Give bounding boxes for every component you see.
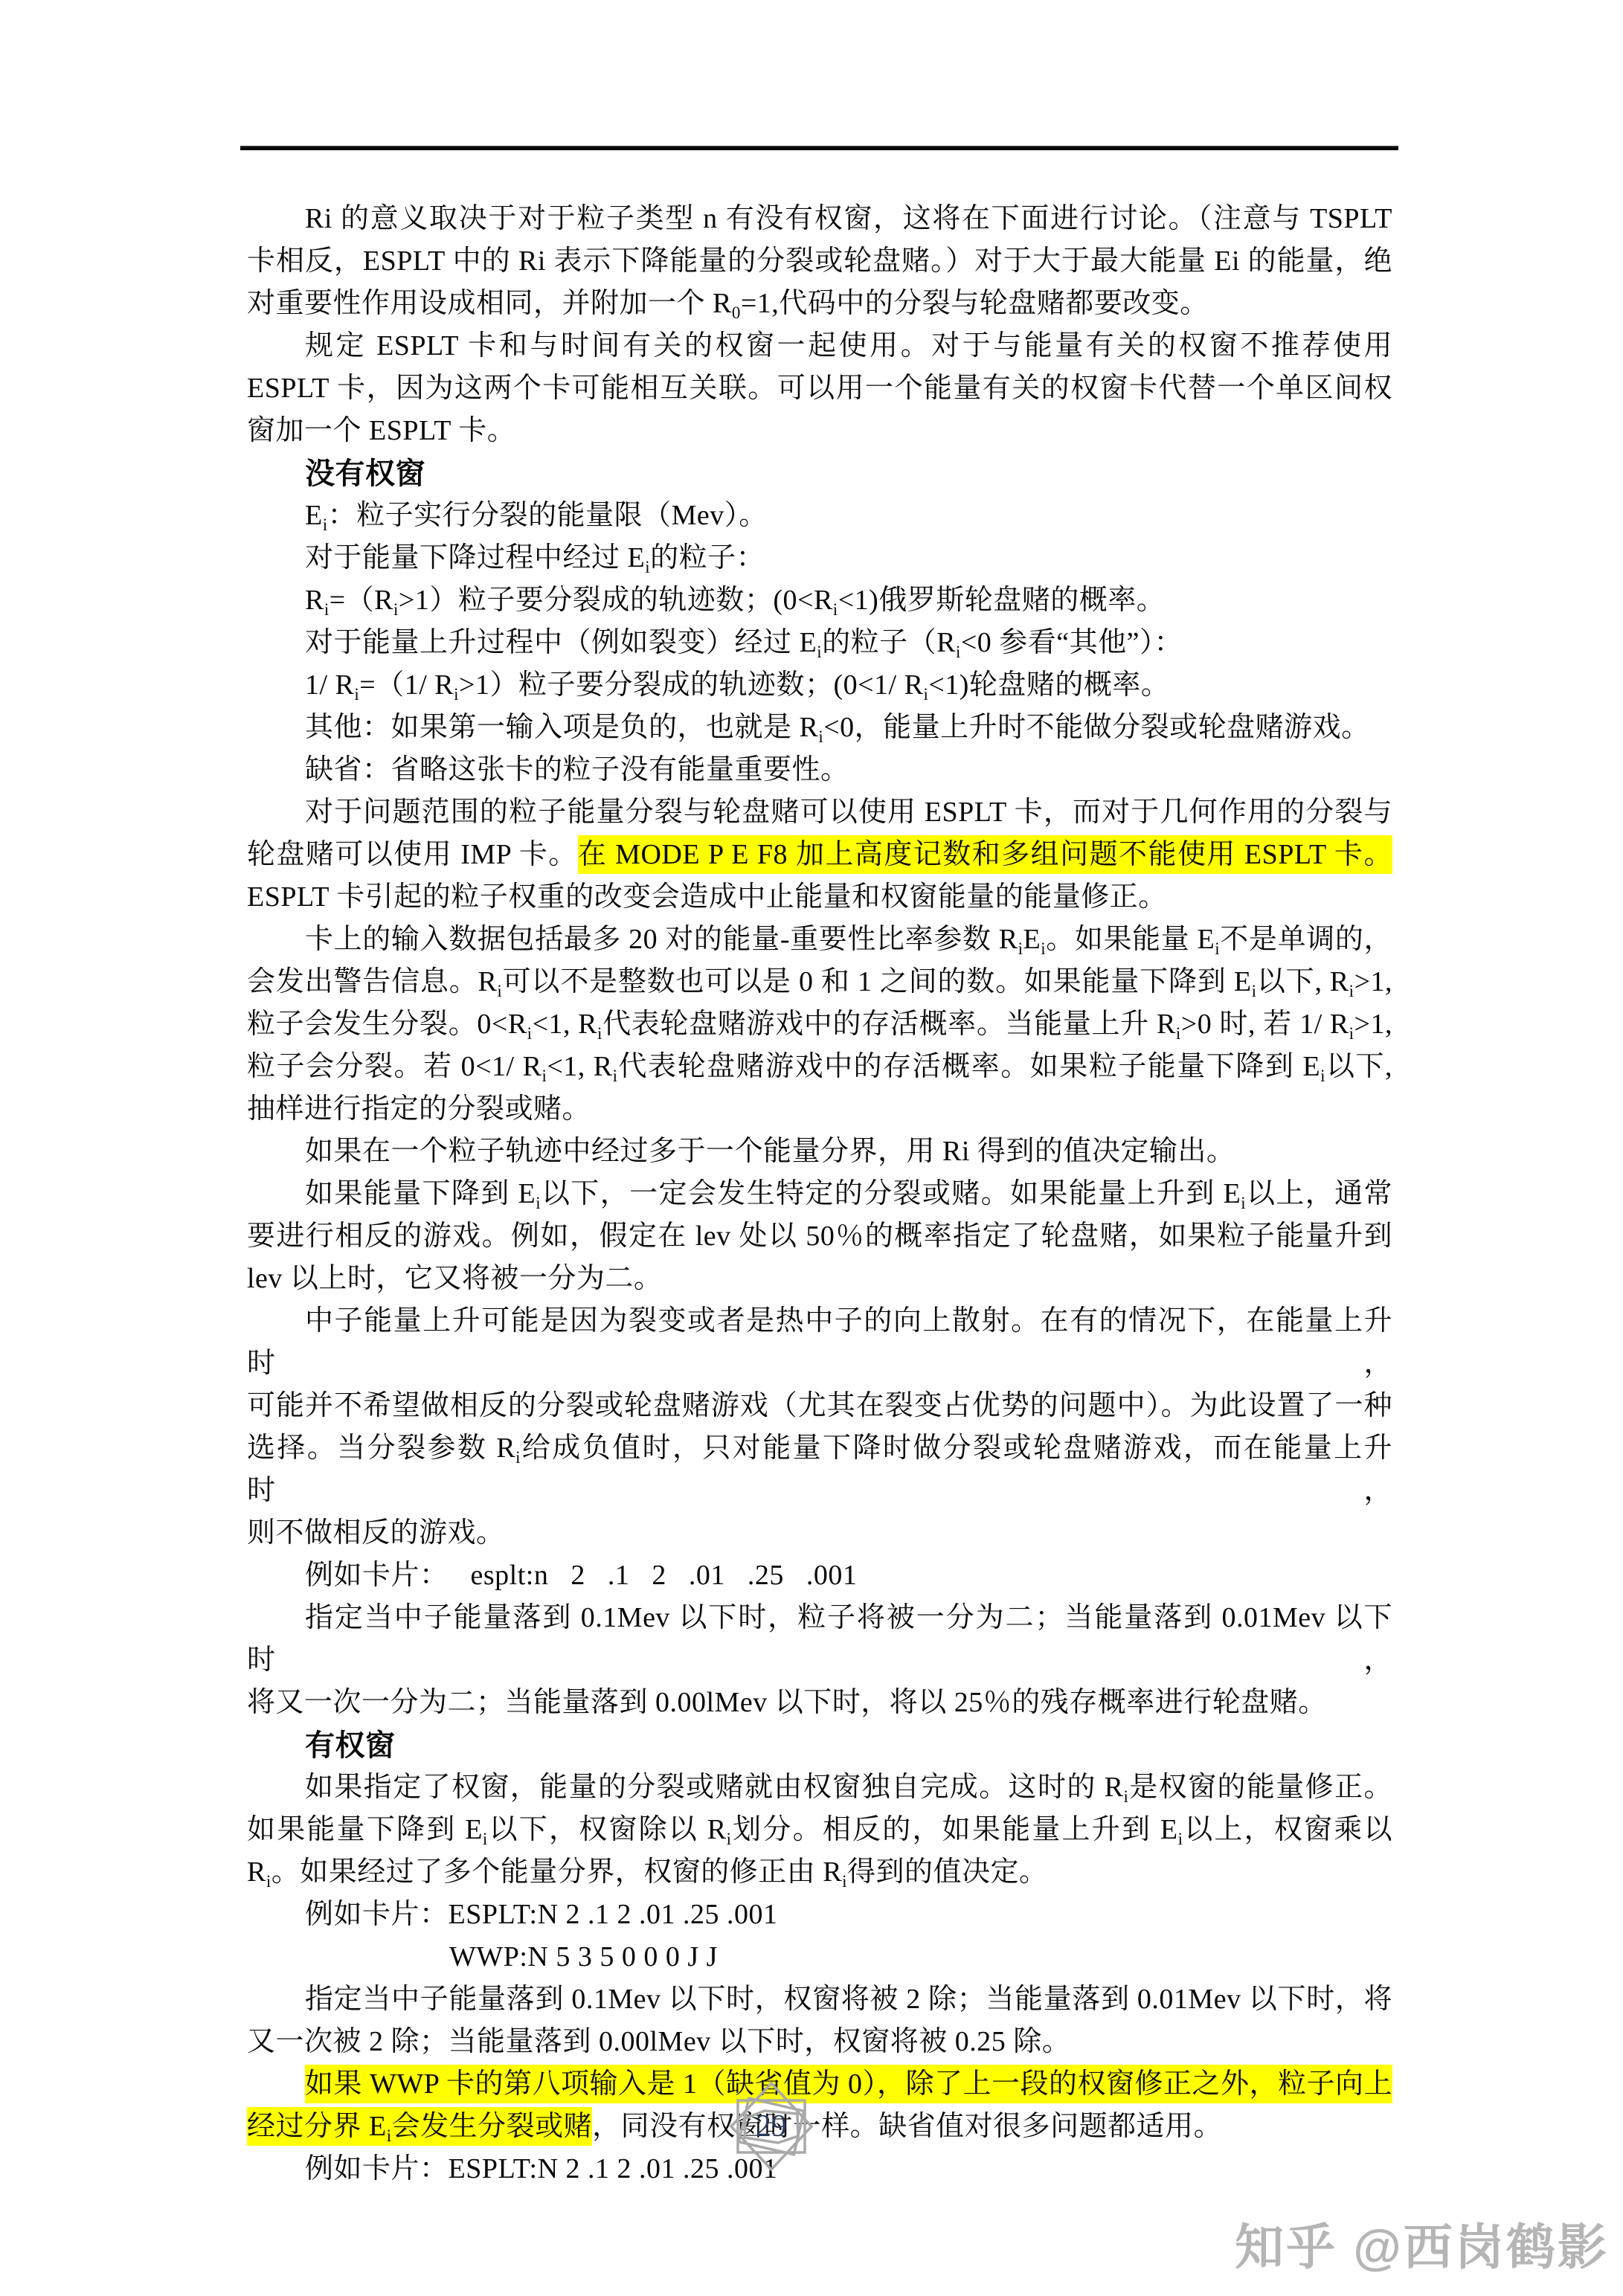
text-run: 粒子会发生分裂。0<Ri<1, Ri代表轮盘赌游戏中的存活概率。当能量上升 Ri…	[247, 1009, 1392, 1040]
document-line: 粒子会分裂。若 0<1/ Ri<1, Ri代表轮盘赌游戏中的存活概率。如果粒子能…	[247, 1046, 1392, 1088]
highlighted-text: 经过分界 Ei会发生分裂或赌	[247, 2107, 592, 2146]
document-line: 卡上的输入数据包括最多 20 对的能量-重要性比率参数 RiEi。如果能量 Ei…	[247, 919, 1392, 961]
document-line: 可能并不希望做相反的分裂或轮盘赌游戏（尤其在裂变占优势的问题中）。为此设置了一种	[247, 1385, 1392, 1427]
document-line: 如果能量下降到 Ei以下，权窗除以 Ri划分。相反的，如果能量上升到 Ei以上，…	[247, 1809, 1392, 1851]
text-run: 例如卡片： esplt:n 2 .1 2 .01 .25 .001	[305, 1560, 857, 1591]
document-line: 例如卡片：ESPLT:N 2 .1 2 .01 .25 .001	[247, 1894, 1392, 1936]
document-line: WWP:N 5 3 5 0 0 0 J J	[247, 1936, 1392, 1978]
document-line: 对于能量上升过程中（例如裂变）经过 Ei的粒子（Ri<0 参看“其他”）：	[247, 622, 1392, 664]
text-run: 缺省：省略这张卡的粒子没有能量重要性。	[305, 754, 849, 785]
section-heading: 没有权窗	[247, 452, 1392, 495]
document-page: Ri 的意义取决于对于粒子类型 n 有没有权窗，这将在下面进行讨论。（注意与 T…	[0, 0, 1623, 2296]
page-body: Ri 的意义取决于对于粒子类型 n 有没有权窗，这将在下面进行讨论。（注意与 T…	[247, 198, 1392, 2190]
text-run: 轮盘赌可以使用 IMP 卡。	[247, 839, 578, 870]
text-run: 要进行相反的游戏。例如，假定在 lev 处以 50％的概率指定了轮盘赌，如果粒子…	[247, 1221, 1392, 1252]
text-run: 又一次被 2 除；当能量落到 0.00lMev 以下时，权窗将被 0.25 除。	[247, 2026, 1070, 2057]
text-run: 1/ Ri=（1/ Ri>1）粒子要分裂成的轨迹数；(0<1/ Ri<1)轮盘赌…	[305, 669, 1169, 701]
text-run: 对重要性作用设成相同，并附加一个 R0=1,代码中的分裂与轮盘赌都要改变。	[247, 288, 1209, 319]
document-line: 要进行相反的游戏。例如，假定在 lev 处以 50％的概率指定了轮盘赌，如果粒子…	[247, 1215, 1392, 1258]
document-line: 卡相反，ESPLT 中的 Ri 表示下降能量的分裂或轮盘赌。）对于大于最大能量 …	[247, 240, 1392, 283]
document-line: 对于能量下降过程中经过 Ei的粒子：	[247, 537, 1392, 579]
document-line: 则不做相反的游戏。	[247, 1512, 1392, 1554]
document-line: 缺省：省略这张卡的粒子没有能量重要性。	[247, 749, 1392, 791]
document-line: 如果指定了权窗，能量的分裂或赌就由权窗独自完成。这时的 Ri是权窗的能量修正。	[247, 1766, 1392, 1809]
highlighted-text: 在 MODE P E F8 加上高度记数和多组问题不能使用 ESPLT 卡。	[578, 835, 1392, 874]
document-line: lev 以上时，它又将被一分为二。	[247, 1258, 1392, 1300]
text-run: 中子能量上升可能是因为裂变或者是热中子的向上散射。在有的情况下，在能量上升时，	[247, 1305, 1392, 1379]
text-run: 指定当中子能量落到 0.1Mev 以下时，粒子将被一分为二；当能量落到 0.01…	[247, 1602, 1392, 1676]
page-number: 29	[727, 2081, 815, 2172]
text-run: 没有权窗	[305, 457, 425, 490]
watermark: 知乎 @西岗鹤影	[1235, 2207, 1609, 2278]
header-rule	[240, 146, 1398, 150]
document-line: 指定当中子能量落到 0.1Mev 以下时，粒子将被一分为二；当能量落到 0.01…	[247, 1597, 1392, 1682]
document-line: 粒子会发生分裂。0<Ri<1, Ri代表轮盘赌游戏中的存活概率。当能量上升 Ri…	[247, 1003, 1392, 1046]
document-line: 将又一次一分为二；当能量落到 0.00lMev 以下时，将以 25％的残存概率进…	[247, 1682, 1392, 1724]
text-run: Ri 的意义取决于对于粒子类型 n 有没有权窗，这将在下面进行讨论。（注意与 T…	[305, 203, 1392, 234]
text-run: 有权窗	[305, 1729, 396, 1762]
text-run: Ei：粒子实行分裂的能量限（Mev）。	[305, 500, 768, 531]
text-run: ，同没有权窗时一样。缺省值对很多问题都适用。	[592, 2111, 1222, 2142]
text-run: 会发出警告信息。Ri可以不是整数也可以是 0 和 1 之间的数。如果能量下降到 …	[247, 966, 1392, 997]
document-line: 规定 ESPLT 卡和与时间有关的权窗一起使用。对于与能量有关的权窗不推荐使用	[247, 325, 1392, 367]
text-run: 例如卡片：ESPLT:N 2 .1 2 .01 .25 .001	[305, 1899, 778, 1930]
text-run: 其他：如果第一输入项是负的，也就是 Ri<0，能量上升时不能做分裂或轮盘赌游戏。	[305, 712, 1370, 743]
text-run: lev 以上时，它又将被一分为二。	[247, 1263, 662, 1294]
document-line: 如果能量下降到 Ei以下，一定会发生特定的分裂或赌。如果能量上升到 Ei以上，通…	[247, 1173, 1392, 1215]
document-line: 抽样进行指定的分裂或赌。	[247, 1088, 1392, 1131]
text-run: 选择。当分裂参数 Ri给成负值时，只对能量下降时做分裂或轮盘赌游戏，而在能量上升…	[247, 1432, 1392, 1506]
document-line: Ei：粒子实行分裂的能量限（Mev）。	[247, 495, 1392, 537]
text-run: 对于能量上升过程中（例如裂变）经过 Ei的粒子（Ri<0 参看“其他”）：	[305, 627, 1183, 658]
document-line: Ri。如果经过了多个能量分界，权窗的修正由 Ri得到的值决定。	[247, 1851, 1392, 1894]
text-run: 规定 ESPLT 卡和与时间有关的权窗一起使用。对于与能量有关的权窗不推荐使用	[305, 330, 1392, 361]
text-run: 则不做相反的游戏。	[247, 1517, 505, 1549]
highlighted-text: 如果 WWP 卡的第八项输入是 1（缺省值为 0），除了上一段的权窗修正之外，粒…	[305, 2065, 1392, 2103]
text-run: Ri=（Ri>1）粒子要分裂成的轨迹数；(0<Ri<1)俄罗斯轮盘赌的概率。	[305, 585, 1165, 616]
document-line: 窗加一个 ESPLT 卡。	[247, 410, 1392, 452]
text-run: ESPLT 卡，因为这两个卡可能相互关联。可以用一个能量有关的权窗卡代替一个单区…	[247, 373, 1392, 404]
text-run: 如果在一个粒子轨迹中经过多于一个能量分界，用 Ri 得到的值决定输出。	[305, 1136, 1235, 1167]
document-line: 对重要性作用设成相同，并附加一个 R0=1,代码中的分裂与轮盘赌都要改变。	[247, 283, 1392, 325]
text-run: 粒子会分裂。若 0<1/ Ri<1, Ri代表轮盘赌游戏中的存活概率。如果粒子能…	[247, 1051, 1392, 1082]
text-run: ESPLT 卡引起的粒子权重的改变会造成中止能量和权窗能量的能量修正。	[247, 881, 1167, 913]
text-run: 卡上的输入数据包括最多 20 对的能量-重要性比率参数 RiEi。如果能量 Ei…	[305, 924, 1392, 955]
document-line: 其他：如果第一输入项是负的，也就是 Ri<0，能量上升时不能做分裂或轮盘赌游戏。	[247, 707, 1392, 749]
document-line: 选择。当分裂参数 Ri给成负值时，只对能量下降时做分裂或轮盘赌游戏，而在能量上升…	[247, 1427, 1392, 1512]
text-run: 指定当中子能量落到 0.1Mev 以下时，权窗将被 2 除；当能量落到 0.01…	[305, 1984, 1392, 2015]
document-line: 又一次被 2 除；当能量落到 0.00lMev 以下时，权窗将被 0.25 除。	[247, 2021, 1392, 2063]
document-line: 指定当中子能量落到 0.1Mev 以下时，权窗将被 2 除；当能量落到 0.01…	[247, 1978, 1392, 2021]
text-run: WWP:N 5 3 5 0 0 0 J J	[449, 1941, 718, 1972]
document-line: 例如卡片： esplt:n 2 .1 2 .01 .25 .001	[247, 1554, 1392, 1597]
text-run: Ri。如果经过了多个能量分界，权窗的修正由 Ri得到的值决定。	[247, 1856, 1048, 1888]
document-line: 中子能量上升可能是因为裂变或者是热中子的向上散射。在有的情况下，在能量上升时，	[247, 1300, 1392, 1385]
text-run: 卡相反，ESPLT 中的 Ri 表示下降能量的分裂或轮盘赌。）对于大于最大能量 …	[247, 245, 1392, 277]
document-line: 会发出警告信息。Ri可以不是整数也可以是 0 和 1 之间的数。如果能量下降到 …	[247, 961, 1392, 1003]
text-run: 对于问题范围的粒子能量分裂与轮盘赌可以使用 ESPLT 卡，而对于几何作用的分裂…	[305, 797, 1392, 828]
document-line: Ri 的意义取决于对于粒子类型 n 有没有权窗，这将在下面进行讨论。（注意与 T…	[247, 198, 1392, 240]
document-line: Ri=（Ri>1）粒子要分裂成的轨迹数；(0<Ri<1)俄罗斯轮盘赌的概率。	[247, 579, 1392, 622]
document-line: ESPLT 卡，因为这两个卡可能相互关联。可以用一个能量有关的权窗卡代替一个单区…	[247, 367, 1392, 410]
document-line: ESPLT 卡引起的粒子权重的改变会造成中止能量和权窗能量的能量修正。	[247, 876, 1392, 919]
text-run: 可能并不希望做相反的分裂或轮盘赌游戏（尤其在裂变占优势的问题中）。为此设置了一种	[247, 1390, 1392, 1421]
document-line: 轮盘赌可以使用 IMP 卡。在 MODE P E F8 加上高度记数和多组问题不…	[247, 834, 1392, 876]
text-run: 如果指定了权窗，能量的分裂或赌就由权窗独自完成。这时的 Ri是权窗的能量修正。	[305, 1772, 1392, 1803]
text-run: 抽样进行指定的分裂或赌。	[247, 1093, 591, 1125]
page-number-ornament: 29	[727, 2081, 835, 2179]
document-line: 1/ Ri=（1/ Ri>1）粒子要分裂成的轨迹数；(0<1/ Ri<1)轮盘赌…	[247, 664, 1392, 707]
section-heading: 有权窗	[247, 1724, 1392, 1766]
document-line: 如果在一个粒子轨迹中经过多于一个能量分界，用 Ri 得到的值决定输出。	[247, 1131, 1392, 1173]
document-line: 对于问题范围的粒子能量分裂与轮盘赌可以使用 ESPLT 卡，而对于几何作用的分裂…	[247, 791, 1392, 834]
text-run: 如果能量下降到 Ei以下，权窗除以 Ri划分。相反的，如果能量上升到 Ei以上，…	[247, 1814, 1392, 1845]
text-run: 如果能量下降到 Ei以下，一定会发生特定的分裂或赌。如果能量上升到 Ei以上，通…	[305, 1178, 1392, 1209]
text-run: 对于能量下降过程中经过 Ei的粒子：	[305, 542, 765, 573]
text-run: 将又一次一分为二；当能量落到 0.00lMev 以下时，将以 25％的残存概率进…	[247, 1687, 1327, 1718]
text-run: 窗加一个 ESPLT 卡。	[247, 415, 515, 446]
text-run: 例如卡片：ESPLT:N 2 .1 2 .01 .25 .001	[305, 2153, 778, 2184]
